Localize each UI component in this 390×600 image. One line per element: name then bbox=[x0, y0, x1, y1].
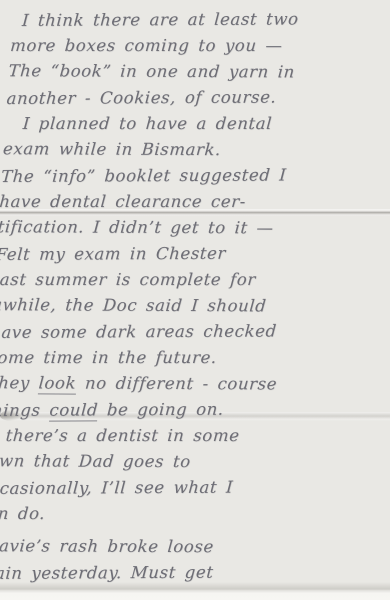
letter-line: The “book” in one and yarn in bbox=[8, 58, 381, 86]
letter-line: exam while in Bismark. bbox=[2, 136, 375, 164]
letter-scan: I think there are at least twomore boxes… bbox=[0, 0, 390, 600]
letter-line: Felt my exam in Chester bbox=[0, 240, 368, 268]
underlined-word: could bbox=[49, 400, 99, 421]
letter-line: last summer is complete for bbox=[0, 267, 366, 293]
letter-line: I planned to have a dental bbox=[4, 111, 377, 137]
letter-body: I think there are at least twomore boxes… bbox=[0, 7, 384, 586]
letter-line: some time in the future. bbox=[0, 345, 360, 371]
letter-line: more boxes coming to you — bbox=[9, 33, 382, 59]
letter-line: occasionally, I’ll see what I bbox=[0, 474, 351, 502]
letter-line: another - Cookies, of course. bbox=[6, 84, 379, 112]
letter-line: I think there are at least two bbox=[11, 6, 384, 34]
letter-line: Davie’s rash broke loose bbox=[0, 533, 347, 561]
underlined-word: look bbox=[38, 373, 77, 394]
paper-bottom-edge bbox=[0, 582, 390, 600]
letter-line: have some dark areas checked bbox=[0, 318, 362, 346]
letter-line: They look no different - course bbox=[0, 370, 359, 398]
letter-line: tification. I didn’t get to it — bbox=[0, 214, 369, 242]
letter-line: awhile, the Doc said I should bbox=[0, 292, 364, 320]
letter-line: town that Dad goes to bbox=[0, 448, 353, 476]
letter-line: The “info” booklet suggested I bbox=[0, 162, 373, 190]
letter-line: things could be going on. bbox=[0, 396, 357, 424]
letter-line: If there’s a dentist in some bbox=[0, 423, 355, 449]
letter-line: have dental clearance cer- bbox=[0, 189, 371, 215]
letter-line: can do. bbox=[0, 501, 349, 527]
